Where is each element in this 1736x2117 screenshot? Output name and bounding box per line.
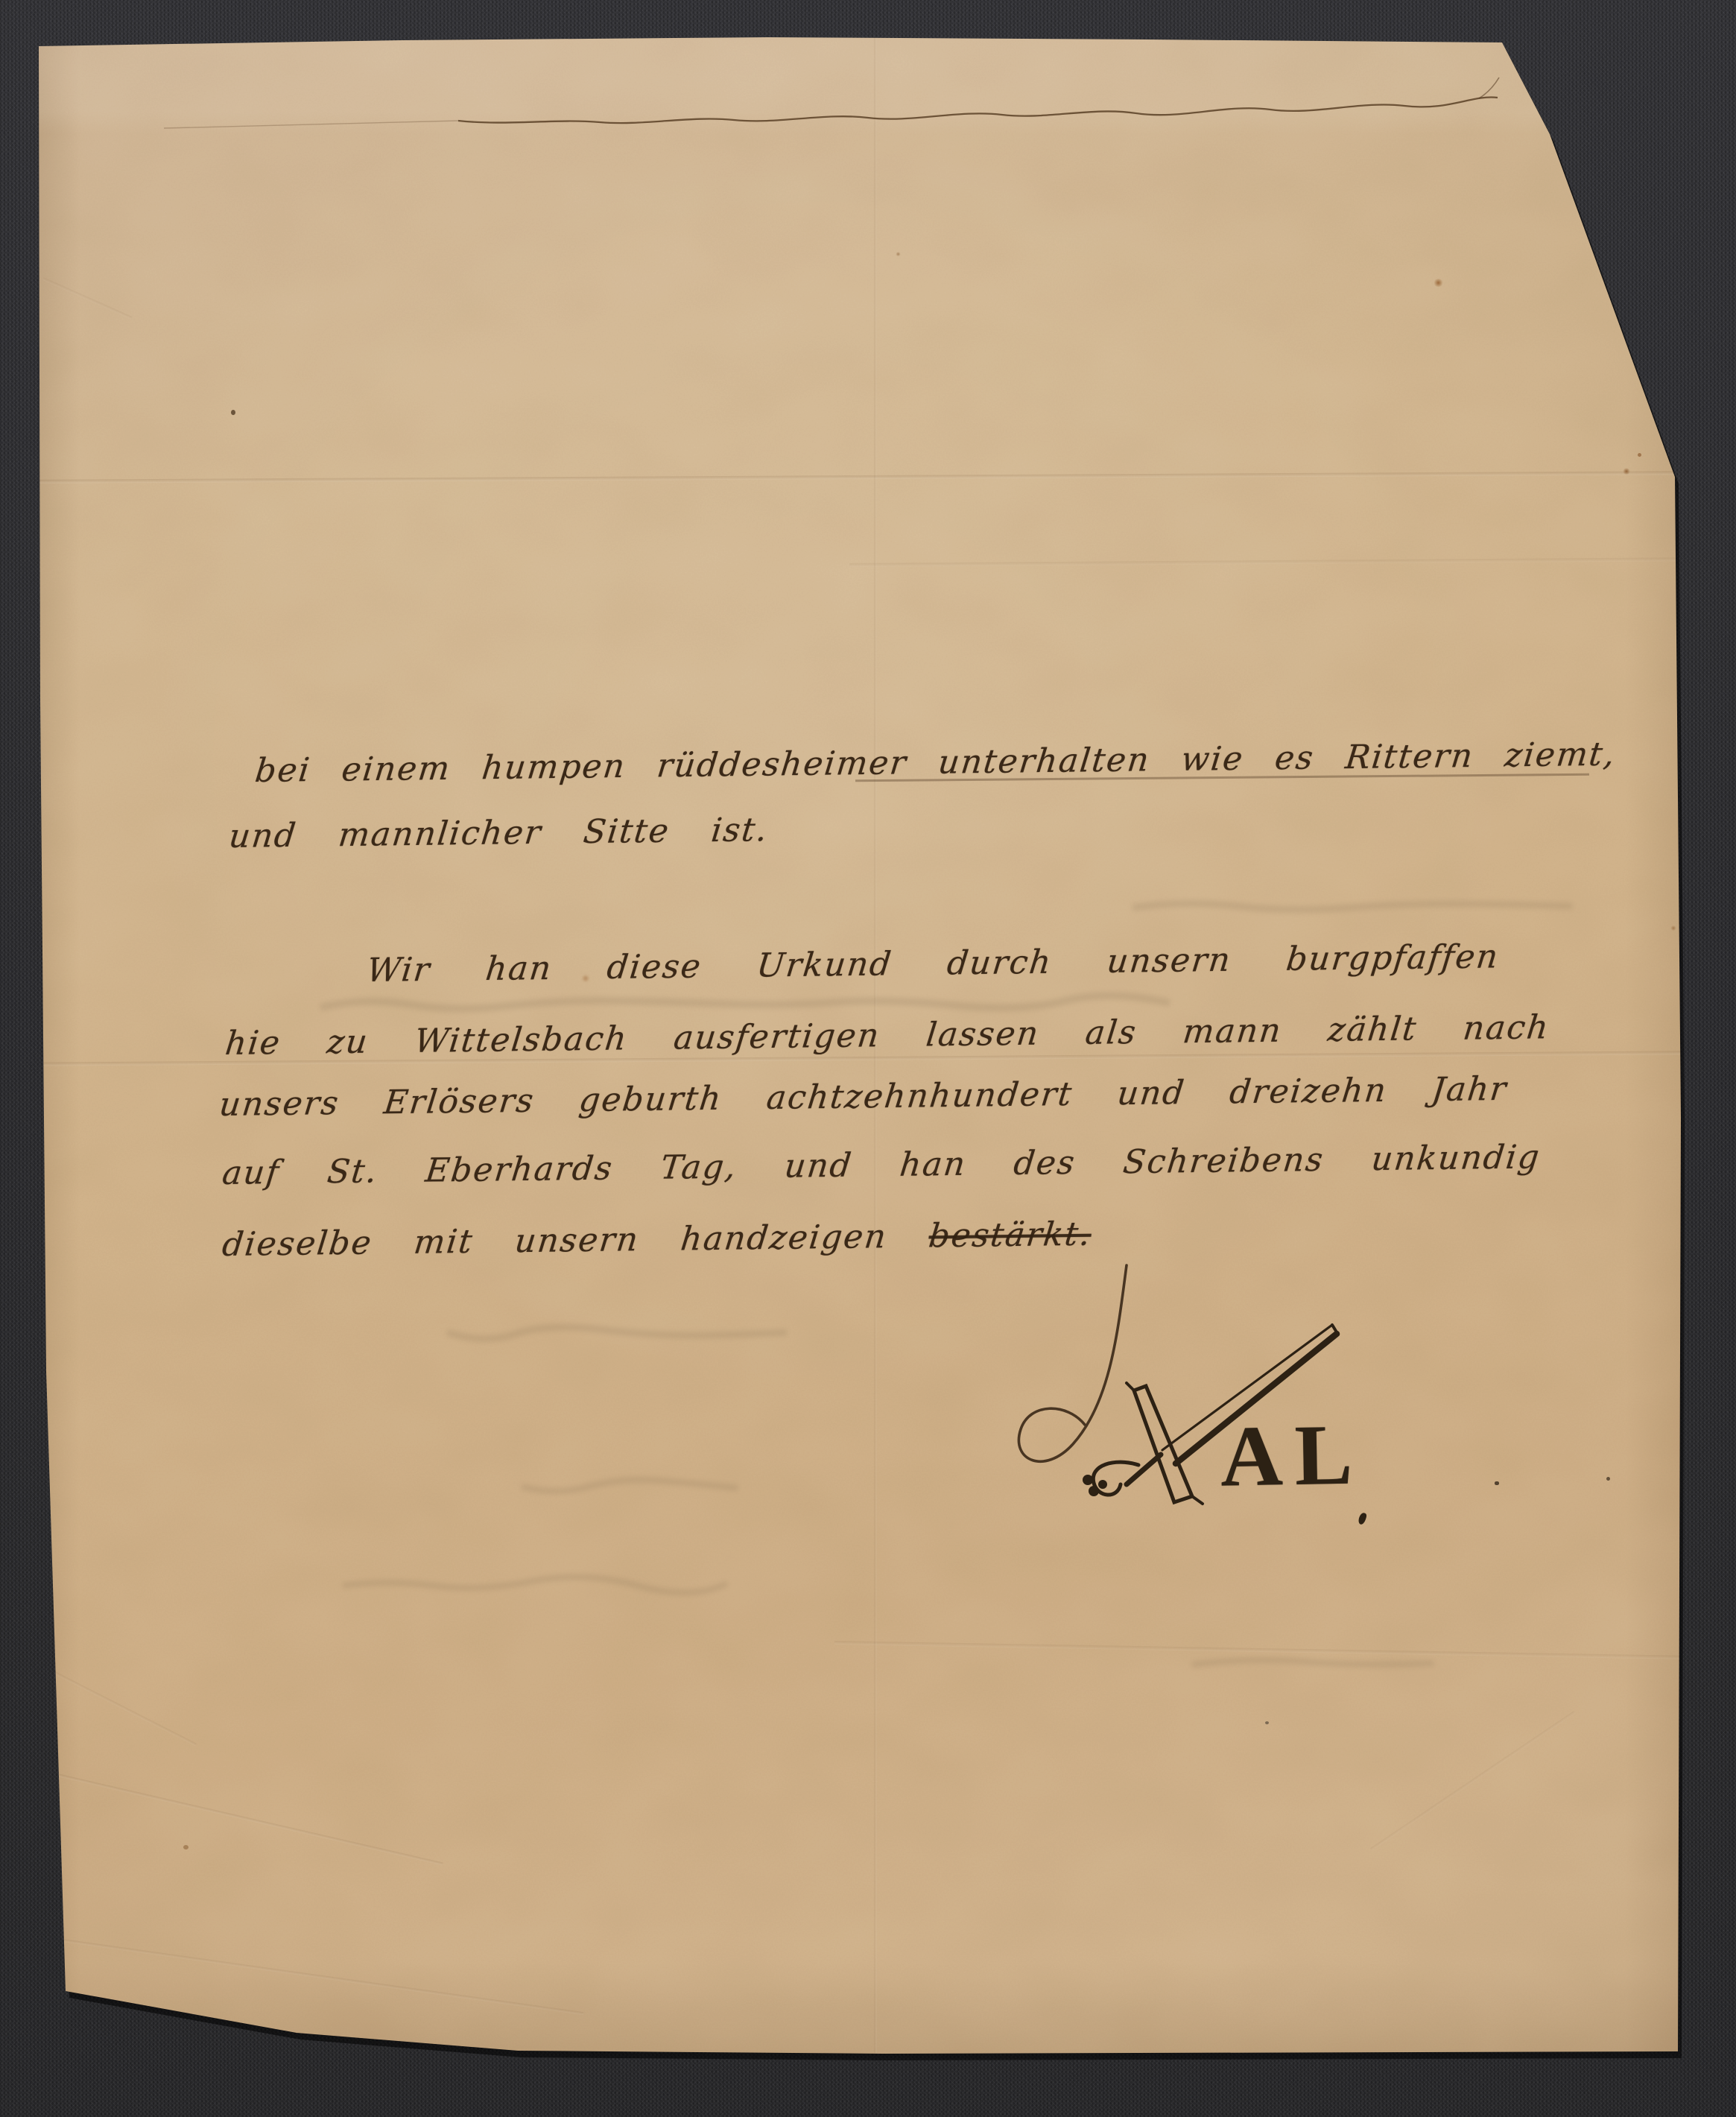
struck-word: bestärkt. [927, 1215, 1094, 1256]
ink-speck [1265, 1721, 1269, 1724]
foxing-spot [183, 1845, 189, 1849]
photo-backdrop-fabric: bei einem humpen rüddesheimer unterhalte… [0, 0, 1736, 2117]
signature-initials: AL [1220, 1405, 1365, 1507]
foxing-spot [581, 975, 590, 982]
ink-speck [1495, 1481, 1499, 1485]
foxing-spot [1638, 453, 1641, 457]
foxing-spot [896, 252, 901, 256]
foxing-spot [1434, 279, 1443, 287]
ink-speck [1606, 1477, 1610, 1481]
foxing-spot [1623, 468, 1630, 475]
letter-paper: bei einem humpen rüddesheimer unterhalte… [30, 30, 1691, 2064]
letter-line-2: und mannlicher Sitte ist. [227, 813, 770, 854]
foxing-spot [1670, 925, 1676, 931]
foxing-spot [231, 410, 235, 415]
